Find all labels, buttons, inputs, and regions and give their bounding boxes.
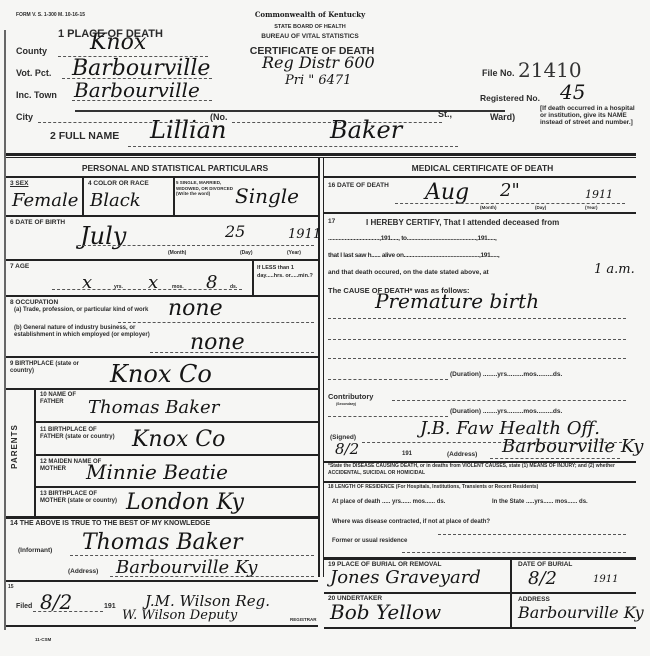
city-label: City <box>16 112 33 122</box>
color-value: Black <box>90 190 141 211</box>
county-value: Knox <box>90 30 146 55</box>
age-months-caption: mos. <box>172 284 184 290</box>
death-time: 1 a.m. <box>594 262 635 277</box>
age-label: 7 AGE <box>10 263 29 270</box>
father-birthplace-value: Knox Co <box>132 427 225 452</box>
death-occurred-line: and that death occured, on the date stat… <box>328 269 489 276</box>
header-bureau: BUREAU OF VITAL STATISTICS <box>240 33 380 40</box>
informant-statement: 14 THE ABOVE IS TRUE TO THE BEST OF MY K… <box>10 520 210 527</box>
at-place-label: At place of death ..... yrs...... mos...… <box>332 498 482 507</box>
form-number: FORM V. S. 1-300 M. 10-16-15 <box>16 12 85 18</box>
sex-value: Female <box>12 190 78 211</box>
dod-month-caption: (Month) <box>480 205 497 210</box>
left-edge <box>4 30 6 630</box>
age-years: x <box>82 272 92 293</box>
filed-label: Filed <box>16 603 32 610</box>
informant-value: Thomas Baker <box>82 530 243 555</box>
registration-note: Reg Distr 600 <box>262 53 375 72</box>
age-months: x <box>148 272 158 293</box>
residence-label: 18 LENGTH OF RESIDENCE (For Hospitals, I… <box>328 484 628 490</box>
dob-month-caption: (Month) <box>168 250 186 256</box>
father-name-value: Thomas Baker <box>88 397 219 418</box>
birthplace-label: 9 BIRTHPLACE (state or country) <box>10 361 90 375</box>
age-days: 8 <box>206 272 217 293</box>
medical-section-title: MEDICAL CERTIFICATE OF DEATH <box>335 163 630 173</box>
occupation-b-label: (b) General nature of industry business,… <box>14 325 154 339</box>
mother-birthplace-label: 13 BIRTHPLACE OF MOTHER (state or countr… <box>40 491 120 505</box>
signed-date: 8/2 <box>335 440 359 458</box>
deputy-signature: W. Wilson Deputy <box>122 608 237 623</box>
mother-maiden-value: Minnie Beatie <box>86 460 228 484</box>
contracted-label: Where was disease contracted, if not at … <box>332 518 492 527</box>
personal-section-title: PERSONAL AND STATISTICAL PARTICULARS <box>40 163 310 173</box>
occupation-b-value: none <box>190 330 245 355</box>
burial-date-label: DATE OF BURIAL <box>518 561 572 568</box>
certify-text: I HEREBY CERTIFY, That I attended deceas… <box>366 218 559 227</box>
date-of-death-label: 16 DATE OF DEATH <box>328 182 389 189</box>
sex-label: 3 SEX <box>10 180 28 187</box>
registrar-caption: REGISTRAR <box>290 617 317 622</box>
full-name-first: Lillian <box>150 116 226 144</box>
informant-address-label: (Address) <box>68 568 98 575</box>
header-board: STATE BOARD OF HEALTH <box>250 24 370 30</box>
certify-number: 17 <box>328 218 335 225</box>
registered-no-label: Registered No. <box>480 93 540 103</box>
dod-day: 2" <box>500 180 520 201</box>
burial-date-value: 8/2 <box>528 568 557 589</box>
dod-year-caption: (Year) <box>585 205 598 210</box>
burial-address-value: Barbourville Ky <box>518 603 644 622</box>
attended-line: ..................................,191..… <box>328 235 497 242</box>
footer-code: 11-CSM <box>35 637 51 642</box>
vot-pct-label: Vot. Pct. <box>16 68 51 78</box>
less-than-day-label: If LESS than 1 day.....hrs. or.....min.? <box>257 264 315 280</box>
dob-day: 25 <box>225 222 245 241</box>
dob-label: 6 DATE OF BIRTH <box>10 219 65 226</box>
filed-number: 15 <box>8 584 14 590</box>
last-saw-line: that I last saw h...... alive on........… <box>328 252 499 259</box>
cause-footnote: *State the DISEASE CAUSING DEATH, or in … <box>328 463 618 477</box>
primary-note: Pri " 6471 <box>285 73 351 88</box>
full-name-label: 2 FULL NAME <box>50 130 119 142</box>
dob-year-caption: (Year) <box>287 250 301 256</box>
marital-value: Single <box>235 184 299 208</box>
burial-place-value: Jones Graveyard <box>330 567 481 588</box>
birthplace-value: Knox Co <box>110 360 212 388</box>
dob-day-caption: (Day) <box>240 250 253 256</box>
dod-year: 1911 <box>585 188 613 201</box>
occupation-a-value: none <box>168 296 223 321</box>
dod-day-caption: (Day) <box>535 205 546 210</box>
full-name-last: Baker <box>330 116 402 144</box>
inc-town-label: Inc. Town <box>16 90 57 100</box>
physician-address-label: (Address) <box>447 451 477 458</box>
death-certificate: FORM V. S. 1-300 M. 10-16-15 Commonwealt… <box>0 0 650 656</box>
contributory-duration-line: (Duration) ........yrs.........mos......… <box>450 408 562 415</box>
county-label: County <box>16 46 47 56</box>
contributory-label: Contributory <box>328 392 373 401</box>
st-label: St., <box>438 109 452 119</box>
signed-year-prefix: 191 <box>402 451 412 457</box>
cause-value: Premature birth <box>375 289 539 313</box>
file-no-label: File No. <box>482 68 515 78</box>
in-state-label: In the State .....yrs...... mos...... ds… <box>492 498 627 507</box>
inc-town-value: Barbourville <box>74 78 200 102</box>
burial-year: 1911 <box>593 574 618 585</box>
occupation-label: 8 OCCUPATION <box>10 299 58 306</box>
filed-date: 8/2 <box>40 590 72 614</box>
father-birthplace-label: 11 BIRTHPLACE OF FATHER (state or countr… <box>40 427 120 441</box>
mother-birthplace-value: London Ky <box>126 490 244 515</box>
filed-year-prefix: 191 <box>104 603 116 610</box>
header-commonwealth: Commonwealth of Kentucky <box>250 10 370 19</box>
hospital-note: [If death occurred in a hospital or inst… <box>540 105 642 126</box>
age-years-caption: yrs. <box>114 284 123 290</box>
informant-label: (Informant) <box>18 547 52 554</box>
occupation-a-label: (a) Trade, profession, or particular kin… <box>14 307 149 314</box>
age-days-caption: ds. <box>230 284 237 290</box>
file-no-value: 21410 <box>518 58 582 82</box>
color-label: 4 COLOR OR RACE <box>88 180 149 187</box>
informant-address-value: Barbourville Ky <box>116 557 257 578</box>
dob-year: 1911 <box>288 227 321 242</box>
registered-no-value: 45 <box>560 80 585 104</box>
dod-month: Aug <box>425 180 469 205</box>
ward-label: Ward) <box>490 112 515 122</box>
undertaker-value: Bob Yellow <box>330 600 441 624</box>
parents-side-label: PARENTS <box>10 424 19 469</box>
marital-label: 5 SINGLE, MARRIED, WIDOWED, OR DIVORCED … <box>176 180 236 197</box>
burial-address-label: ADDRESS <box>518 596 550 603</box>
physician-address-value: Barbourville Ky <box>502 436 643 457</box>
father-name-label: 10 NAME OF FATHER <box>40 392 85 406</box>
duration-line: (Duration) ........yrs.........mos......… <box>450 371 562 378</box>
former-residence-label: Former or usual residence <box>332 537 412 546</box>
secondary-caption: (Secondary) <box>336 402 356 406</box>
